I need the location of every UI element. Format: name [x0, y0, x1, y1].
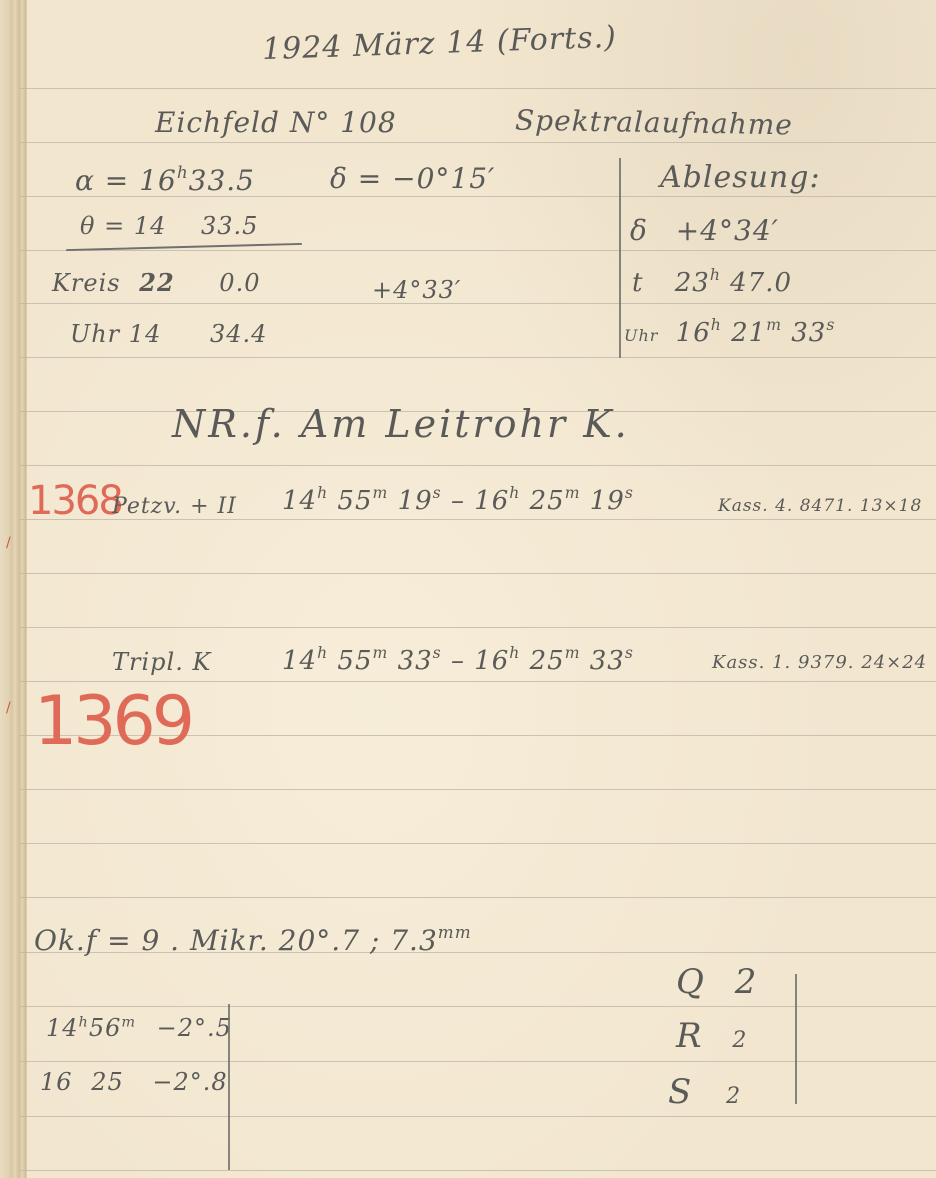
date-heading: 1924 März 14 (Forts.) [261, 20, 617, 67]
temp-time-hours: 16 [40, 1068, 73, 1096]
rating-row-r: R 2 [676, 1016, 747, 1056]
rating-row-s: S 2 [668, 1072, 741, 1112]
end-seconds: 33 [590, 646, 625, 676]
theta-value: θ = 14 33.5 [80, 212, 258, 240]
hour-unit: h [509, 644, 520, 662]
minute-unit: m [565, 484, 581, 502]
delta-value: δ = −0°15′ [330, 162, 495, 195]
alpha-label: α = [75, 164, 129, 197]
ruled-line [20, 250, 936, 251]
end-seconds: 19 [590, 486, 625, 516]
hour-unit: h [710, 266, 721, 284]
kreis-angle: +4°33′ [372, 276, 461, 304]
range-separator: – [451, 486, 465, 516]
rating-row-q: Q 2 [676, 962, 757, 1002]
ablesung-t-hours: 23 [675, 268, 710, 298]
theta-label: θ = [80, 212, 125, 240]
ruled-line [20, 789, 936, 790]
end-minutes: 25 [530, 646, 565, 676]
ruled-line [20, 1116, 936, 1117]
ablesung-t-minutes: 47.0 [730, 268, 792, 298]
end-hours: 16 [474, 646, 509, 676]
plate-1368-instrument: Petzv. + II [112, 494, 237, 519]
start-hours: 14 [282, 646, 317, 676]
ablesung-delta-label: δ [630, 214, 648, 247]
minute-unit: m [565, 644, 581, 662]
alpha-value: α = 16h33.5 [75, 162, 255, 197]
plate-number-1368: 1368 [28, 478, 122, 524]
mm-unit: mm [438, 922, 472, 942]
uhr-minutes: 34.4 [210, 320, 267, 348]
ruled-line [20, 465, 936, 466]
delta-label: δ = [330, 162, 382, 195]
ruled-line [20, 573, 936, 574]
ablesung-uhr-seconds: 33 [791, 318, 826, 348]
temp-divider [228, 1004, 230, 1170]
temp-value: −2°.8 [152, 1068, 227, 1096]
rating-symbol: R [676, 1016, 703, 1056]
uhr-label: Uhr [70, 320, 120, 348]
margin-tick: / [6, 700, 11, 716]
start-seconds: 33 [398, 646, 433, 676]
eyepiece-micrometer-line: Ok.f = 9 . Mikr. 20°.7 ; 7.3mm [34, 922, 472, 957]
rating-divider [795, 974, 797, 1104]
ruled-line [20, 303, 936, 304]
kreis-number: 22 [139, 268, 174, 297]
minute-unit: m [766, 316, 782, 334]
delta-number: −0°15′ [392, 162, 495, 195]
ruled-line [20, 843, 936, 844]
hour-unit: h [711, 316, 722, 334]
page-binding [0, 0, 27, 1178]
rating-symbol: S [668, 1072, 692, 1112]
ruled-line [20, 142, 936, 143]
range-separator: – [451, 646, 465, 676]
alpha-minutes: 33.5 [189, 164, 255, 197]
minute-unit: m [121, 1014, 136, 1030]
ruled-line [20, 357, 936, 358]
start-minutes: 55 [337, 486, 372, 516]
ablesung-delta-row: δ +4°34′ [630, 214, 779, 247]
temp-row-2: 16 25 −2°.8 [40, 1068, 228, 1096]
start-minutes: 55 [337, 646, 372, 676]
margin-tick: / [6, 535, 11, 551]
hour-unit: h [177, 162, 189, 182]
spectral-title: Spektralaufnahme [515, 104, 793, 142]
start-seconds: 19 [398, 486, 433, 516]
plate-1369-exposure: 14h 55m 33s – 16h 25m 33s [282, 644, 634, 676]
second-unit: s [433, 484, 442, 502]
ruled-line [20, 1170, 936, 1171]
rating-value: 2 [735, 962, 758, 1002]
end-hours: 16 [474, 486, 509, 516]
minute-unit: m [373, 644, 389, 662]
plate-1368-exposure: 14h 55m 19s – 16h 25m 19s [282, 484, 634, 516]
alpha-hours: 16 [139, 164, 177, 197]
hour-unit: h [317, 644, 328, 662]
ruled-line [20, 1006, 936, 1007]
ablesung-uhr-row: Uhr 16h 21m 33s [624, 316, 835, 348]
ruled-line [20, 519, 936, 520]
second-unit: s [826, 316, 835, 334]
kreis-label: Kreis [52, 269, 121, 297]
ablesung-t-label: t [632, 268, 643, 298]
ablesung-divider [619, 158, 621, 358]
ablesung-uhr-hours: 16 [676, 318, 711, 348]
end-minutes: 25 [530, 486, 565, 516]
field-title: Eichfeld N° 108 [155, 106, 397, 139]
second-unit: s [625, 484, 634, 502]
ablesung-t-row: t 23h 47.0 [632, 266, 792, 298]
plate-1369-cassette: Kass. 1. 9379. 24×24 [712, 652, 927, 673]
plate-1368-cassette: Kass. 4. 8471. 13×18 [718, 496, 922, 516]
rating-value: 2 [726, 1084, 741, 1109]
temp-value: −2°.5 [157, 1014, 232, 1042]
theta-hours: 14 [134, 212, 167, 240]
temp-time-minutes: 25 [91, 1068, 124, 1096]
rating-symbol: Q [676, 962, 705, 1002]
ruled-line [20, 1061, 936, 1062]
ruled-line [20, 627, 936, 628]
minute-unit: m [373, 484, 389, 502]
second-unit: s [625, 644, 634, 662]
temp-time-minutes: 56 [89, 1014, 122, 1042]
hour-unit: h [509, 484, 520, 502]
ablesung-delta-value: +4°34′ [676, 214, 779, 247]
notebook-page: 1924 März 14 (Forts.) Eichfeld N° 108 Sp… [0, 0, 936, 1178]
ablesung-title: Ablesung: [660, 160, 821, 195]
ablesung-uhr-minutes: 21 [731, 318, 766, 348]
plate-number-1369: 1369 [34, 682, 191, 761]
eyepiece-values: Ok.f = 9 . Mikr. 20°.7 ; 7.3 [34, 924, 438, 957]
kreis-value: 0.0 [219, 269, 260, 297]
ablesung-uhr-label: Uhr [624, 326, 658, 345]
start-hours: 14 [282, 486, 317, 516]
theta-minutes: 33.5 [201, 212, 258, 240]
temp-time-hours: 14 [46, 1014, 79, 1042]
second-unit: s [433, 644, 442, 662]
hour-unit: h [79, 1014, 89, 1030]
guide-scope-heading: NR.f. Am Leitrohr K. [172, 402, 630, 446]
uhr-row: Uhr 14 34.4 [70, 320, 267, 348]
kreis-row: Kreis 22 0.0 [52, 268, 260, 297]
ruled-line [20, 897, 936, 898]
hour-unit: h [317, 484, 328, 502]
rating-value: 2 [732, 1028, 747, 1053]
temp-row-1: 14h56m −2°.5 [46, 1014, 232, 1042]
plate-1369-instrument: Tripl. K [112, 648, 211, 676]
uhr-hours: 14 [129, 320, 162, 348]
ruled-line [20, 88, 936, 89]
